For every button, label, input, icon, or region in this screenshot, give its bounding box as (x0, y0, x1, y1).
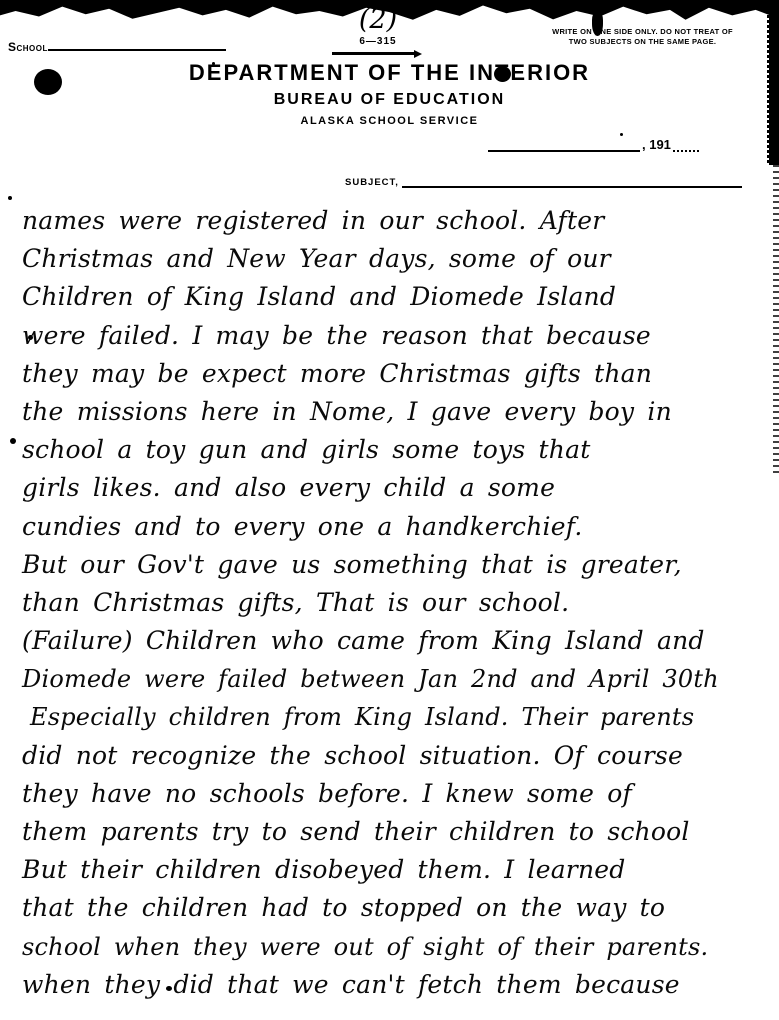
ink-blot (494, 66, 511, 82)
handwritten-page-number: (2) (348, 4, 408, 35)
school-blank-line (48, 36, 226, 51)
date-field: , 191 (488, 136, 699, 152)
handwritten-line: school when they were out of sight of th… (22, 928, 757, 966)
handwritten-line: Children of King Island and Diomede Isla… (22, 278, 757, 316)
scan-edge-noise-right-lower (773, 165, 779, 475)
form-number: 6—315 (338, 36, 418, 47)
handwritten-line: them parents try to send their children … (22, 813, 757, 851)
handwritten-line: they may be expect more Christmas gifts … (22, 355, 757, 393)
letterhead-service: ALASKA SCHOOL SERVICE (0, 115, 779, 127)
subject-blank-line (402, 175, 742, 188)
handwritten-line: girls likes. and also every child a some (22, 469, 757, 507)
handwritten-line: were failed. I may be the reason that be… (22, 317, 757, 355)
school-field: School (8, 36, 248, 56)
handwritten-line: that the children had to stopped on the … (22, 889, 757, 927)
handwritten-line: names were registered in our school. Aft… (22, 202, 757, 240)
handwritten-line: But their children disobeyed them. I lea… (22, 851, 757, 889)
handwritten-line: than Christmas gifts, That is our school… (22, 584, 757, 622)
handwritten-line: Especially children from King Island. Th… (22, 698, 757, 736)
letter-body: names were registered in our school. Aft… (22, 202, 757, 1004)
handwritten-line: when they did that we can't fetch them b… (22, 966, 757, 1004)
ink-speck (8, 196, 12, 200)
handwritten-line: school a toy gun and girls some toys tha… (22, 431, 757, 469)
date-year-prefix: , 191 (640, 137, 673, 152)
subject-label: SUBJECT, (345, 177, 399, 188)
print-instructions: WRITE ON ONE SIDE ONLY. DO NOT TREAT OF … (545, 27, 740, 47)
handwritten-line: cundies and to every one a handkerchief. (22, 508, 757, 546)
handwritten-line: But our Gov't gave us something that is … (22, 546, 757, 584)
letterhead-bureau: BUREAU OF EDUCATION (0, 91, 779, 109)
instructions-line-1: WRITE ON ONE SIDE ONLY. DO NOT TREAT OF (545, 27, 740, 37)
handwritten-line: did not recognize the school situation. … (22, 737, 757, 775)
scanned-letter-page: (2) 6—315 WRITE ON ONE SIDE ONLY. DO NOT… (0, 0, 779, 1020)
school-label: School (8, 40, 48, 54)
handwritten-line: the missions here in Nome, I gave every … (22, 393, 757, 431)
handwritten-line: Christmas and New Year days, some of our (22, 240, 757, 278)
handwritten-line: (Failure) Children who came from King Is… (22, 622, 757, 660)
instructions-line-2: TWO SUBJECTS ON THE SAME PAGE. (545, 37, 740, 47)
date-year-blank (673, 136, 699, 152)
handwritten-line: they have no schools before. I knew some… (22, 775, 757, 813)
date-blank-line (488, 136, 640, 152)
arrow-mark (332, 52, 414, 55)
letterhead-department: DEPARTMENT OF THE INTERIOR (0, 60, 779, 86)
ink-speck (10, 438, 16, 444)
subject-field: SUBJECT, (345, 175, 742, 188)
handwritten-line: Diomede were failed between Jan 2nd and … (22, 660, 757, 698)
letterhead: DEPARTMENT OF THE INTERIOR BUREAU OF EDU… (0, 60, 779, 127)
